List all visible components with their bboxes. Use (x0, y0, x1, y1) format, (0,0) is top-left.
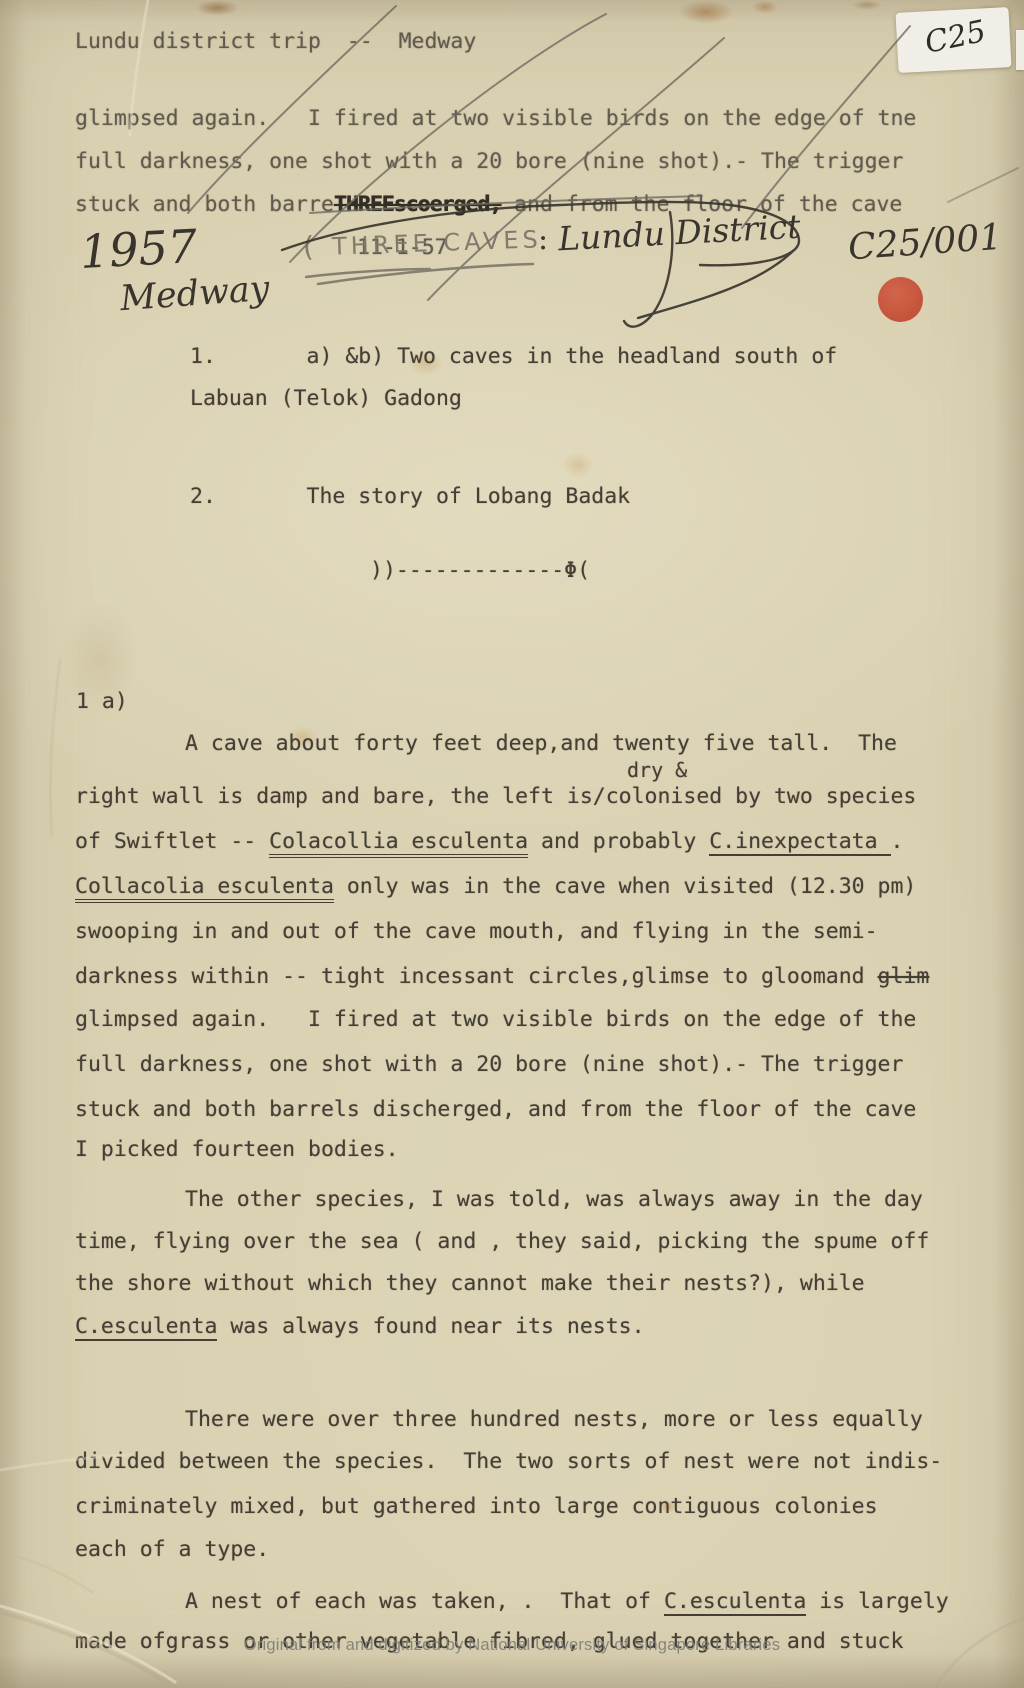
typed-text: dry & (627, 758, 687, 782)
typed-text: full darkness, one shot with a 20 bore (… (75, 149, 903, 174)
typed-text-marked: Colacollia esculenta (269, 829, 528, 858)
archive-sticker: C25 (896, 7, 1012, 73)
typed-line: ))-------------Φ( (370, 558, 590, 584)
typed-line: each of a type. (75, 1537, 269, 1563)
typed-text: Labuan (Telok) Gadong (190, 386, 462, 411)
typed-text: divided between the species. The two sor… (75, 1449, 942, 1474)
typed-line: stuck and both barrels discherged, and f… (75, 1097, 916, 1123)
typed-line: Lundu district trip -- Medway (75, 29, 476, 55)
typed-line: divided between the species. The two sor… (75, 1449, 942, 1475)
typed-text: The other species, I was told, was alway… (185, 1187, 923, 1212)
typed-line: Collacolia esculenta only was in the cav… (75, 874, 916, 900)
typed-text: ))-------------Φ( (370, 558, 590, 583)
typed-line: full darkness, one shot with a 20 bore (… (75, 149, 903, 175)
stain (852, 0, 882, 10)
typed-text-marked: glim (878, 964, 930, 989)
stain (752, 0, 778, 14)
typed-text-marked: C.esculenta (75, 1314, 217, 1341)
typed-text-marked: C.inexpectata (709, 829, 890, 856)
scanned-document-page: Lundu district trip -- Medwayglimpsed ag… (0, 0, 1024, 1688)
typed-text: 1 a) (76, 689, 128, 714)
typed-text: criminately mixed, but gathered into lar… (75, 1494, 878, 1519)
stain (195, 0, 239, 16)
typed-text-marked: THREEscoerged, (334, 192, 501, 217)
edge-sticker-fragment (1016, 30, 1024, 70)
typed-text: is largely (806, 1589, 948, 1614)
typed-line: I picked fourteen bodies. (75, 1137, 399, 1163)
handwritten-colon: : (538, 222, 548, 257)
pencil-underline (306, 269, 430, 277)
typed-text: A nest of each was taken, . That of (185, 1589, 664, 1614)
typed-text: There were over three hundred nests, mor… (185, 1407, 923, 1432)
typed-line: A nest of each was taken, . That of C.es… (185, 1589, 949, 1615)
typed-text: of Swiftlet -- (75, 829, 269, 854)
handwritten-name: Medway (119, 269, 271, 319)
typed-line: glimpsed again. I fired at two visible b… (75, 1007, 916, 1033)
typed-line: of Swiftlet -- Colacollia esculenta and … (75, 829, 903, 855)
sticker-label: C25 (922, 14, 989, 61)
typed-line: 1 a) (76, 689, 128, 715)
typed-line: A cave about forty feet deep,and twenty … (185, 731, 897, 757)
typed-line: dry & (627, 757, 687, 783)
typed-text: 2. The story of Lobang Badak (190, 484, 630, 509)
typed-line: glimpsed again. I fired at two visible b… (75, 106, 916, 132)
pencil-underline (318, 264, 533, 284)
typed-text: darkness within -- tight incessant circl… (75, 964, 878, 989)
typed-text: time, flying over the sea ( and , they s… (75, 1229, 929, 1254)
typed-line: 1. a) &b) Two caves in the headland sout… (190, 344, 837, 370)
stain (678, 0, 734, 24)
ink-circle-bottom-sweep (638, 252, 792, 318)
red-dot-sticker (878, 277, 923, 322)
typed-text: was always found near its nests. (217, 1314, 644, 1339)
typed-line: criminately mixed, but gathered into lar… (75, 1494, 878, 1520)
typed-line: full darkness, one shot with a 20 bore (… (75, 1052, 903, 1078)
typed-text: only was in the cave when visited (12.30… (334, 874, 916, 899)
library-watermark: Original from and digitized by National … (0, 1636, 1024, 1655)
typed-text: glimpsed again. I fired at two visible b… (75, 106, 916, 131)
typed-text: and probably (528, 829, 709, 854)
typed-line: darkness within -- tight incessant circl… (75, 964, 929, 990)
pencil-caption-three-caves: THREE CAVES (332, 225, 543, 260)
typed-text: stuck and both barrels discherged, and f… (75, 1097, 916, 1122)
typed-text: A cave about forty feet deep,and twenty … (185, 731, 897, 756)
typed-line: the shore without which they cannot make… (75, 1271, 865, 1297)
typed-text: . (891, 829, 904, 854)
typed-text-marked: C.esculenta (664, 1589, 806, 1616)
typed-line: C.esculenta was always found near its ne… (75, 1314, 645, 1340)
typed-text: glimpsed again. I fired at two visible b… (75, 1007, 916, 1032)
typed-text-marked: Collacolia esculenta (75, 874, 334, 903)
typed-text: full darkness, one shot with a 20 bore (… (75, 1052, 903, 1077)
pencil-open-paren: ( (303, 230, 314, 263)
typed-line: The other species, I was told, was alway… (185, 1187, 923, 1213)
handwritten-ref-code: C25/001 (847, 217, 1004, 269)
typed-line: right wall is damp and bare, the left is… (75, 784, 916, 810)
stain (562, 452, 594, 478)
typed-line: time, flying over the sea ( and , they s… (75, 1229, 929, 1255)
typed-text: right wall is damp and bare, the left is… (75, 784, 916, 809)
typed-text: 1. a) &b) Two caves in the headland sout… (190, 344, 837, 369)
typed-line: Labuan (Telok) Gadong (190, 386, 462, 412)
paper-crease (50, 660, 60, 835)
typed-text: the shore without which they cannot make… (75, 1271, 865, 1296)
typed-line: 2. The story of Lobang Badak (190, 484, 630, 510)
typed-line: swooping in and out of the cave mouth, a… (75, 919, 878, 945)
typed-text: I picked fourteen bodies. (75, 1137, 399, 1162)
typed-line: There were over three hundred nests, mor… (185, 1407, 923, 1433)
typed-text: Lundu district trip -- Medway (75, 29, 476, 54)
pencil-diagonal-strike (948, 168, 1018, 202)
handwritten-year: 1957 (79, 219, 199, 279)
typed-text: swooping in and out of the cave mouth, a… (75, 919, 878, 944)
typed-text: stuck and both barre (75, 192, 334, 217)
typed-text: each of a type. (75, 1537, 269, 1562)
